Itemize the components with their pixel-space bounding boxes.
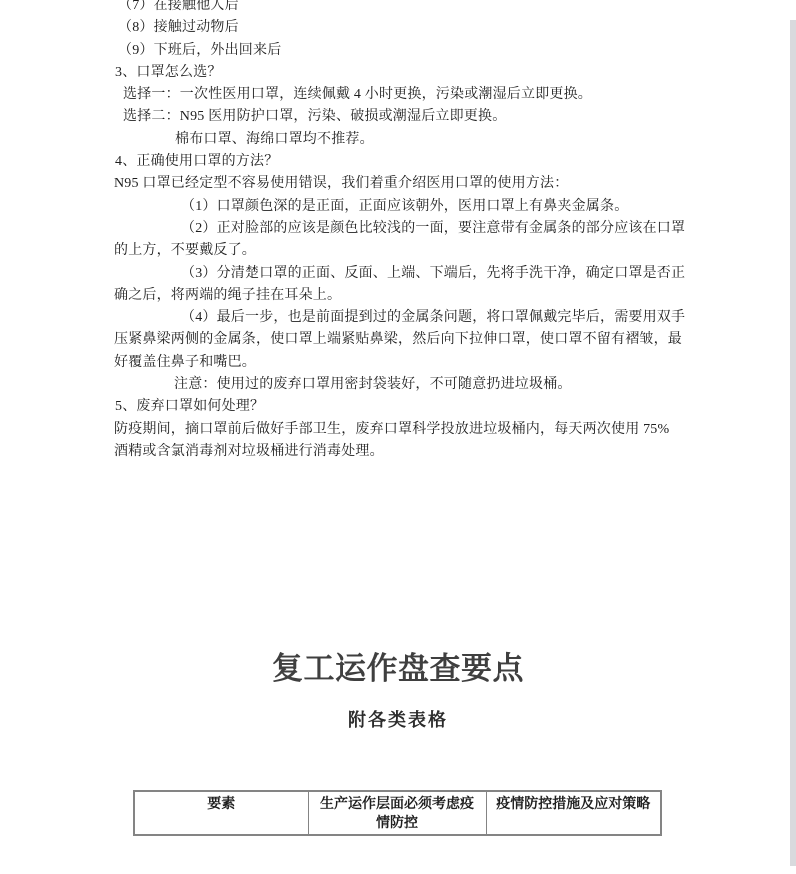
document-page: （7）在接触他人后 （8）接触过动物后 （9）下班后，外出回来后 3、口罩怎么选… (0, 0, 796, 874)
table-header-row: 要素 生产运作层面必须考虑疫情防控 疫情防控措施及应对策略 (134, 791, 661, 835)
text-line: （9）下班后，外出回来后 (0, 40, 796, 62)
text-line: N95 口罩已经定型不容易使用错误，我们着重介绍医用口罩的使用方法： (0, 173, 796, 195)
text-line: （7）在接触他人后 (0, 0, 796, 17)
text-line: 选择一：一次性医用口罩，连续佩戴 4 小时更换，污染或潮湿后立即更换。 (0, 84, 796, 106)
checklist-table: 要素 生产运作层面必须考虑疫情防控 疫情防控措施及应对策略 (133, 790, 662, 836)
table-header-measures: 疫情防控措施及应对策略 (486, 791, 661, 835)
text-line: 选择二：N95 医用防护口罩，污染、破损或潮湿后立即更换。 (0, 106, 796, 128)
text-line: 3、口罩怎么选？ (0, 62, 796, 84)
section-subtitle: 附各类表格 (0, 709, 796, 731)
text-line: （3）分清楚口罩的正面、反面、上端、下端后，先将手洗干净，确定口罩是否正 (0, 263, 796, 285)
text-line: 确之后，将两端的绳子挂在耳朵上。 (0, 285, 796, 307)
table-header-production: 生产运作层面必须考虑疫情防控 (308, 791, 486, 835)
text-line: 5、废弃口罩如何处理？ (0, 396, 796, 418)
text-line: 酒精或含氯消毒剂对垃圾桶进行消毒处理。 (0, 441, 796, 463)
text-line: 好覆盖住鼻子和嘴巴。 (0, 352, 796, 374)
text-line: （1）口罩颜色深的是正面，正面应该朝外，医用口罩上有鼻夹金属条。 (0, 196, 796, 218)
document-body: （7）在接触他人后 （8）接触过动物后 （9）下班后，外出回来后 3、口罩怎么选… (0, 0, 796, 463)
text-line: （2）正对脸部的应该是颜色比较浅的一面，要注意带有金属条的部分应该在口罩 (0, 218, 796, 240)
text-line: （4）最后一步，也是前面提到过的金属条问题，将口罩佩戴完毕后，需要用双手 (0, 307, 796, 329)
text-line: （8）接触过动物后 (0, 17, 796, 39)
text-line: 的上方，不要戴反了。 (0, 240, 796, 262)
text-line: 注意：使用过的废弃口罩用密封袋装好，不可随意扔进垃圾桶。 (0, 374, 796, 396)
text-line: 压紧鼻梁两侧的金属条，使口罩上端紧贴鼻梁，然后向下拉伸口罩，使口罩不留有褶皱，最 (0, 329, 796, 351)
scrollbar-thumb[interactable] (790, 20, 796, 866)
text-line: 防疫期间，摘口罩前后做好手部卫生，废弃口罩科学投放进垃圾桶内，每天两次使用 75… (0, 419, 796, 441)
section-title: 复工运作盘查要点 (0, 650, 796, 687)
table-header-elements: 要素 (134, 791, 308, 835)
text-line: 4、正确使用口罩的方法？ (0, 151, 796, 173)
text-line: 棉布口罩、海绵口罩均不推荐。 (0, 129, 796, 151)
